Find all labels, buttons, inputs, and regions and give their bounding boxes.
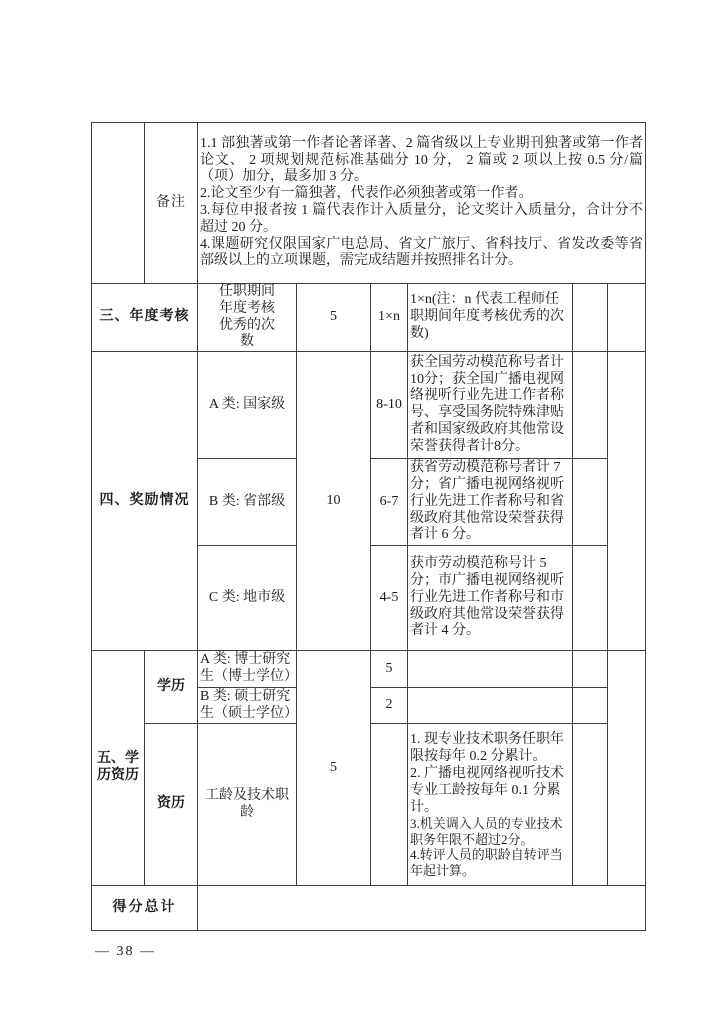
experience-criteria-cell: 1. 现专业技术职务任职年限按每年 0.2 分累计。 2. 广播电视网络视听技术… <box>408 724 573 886</box>
remark-notes-cell: 1.1 部独著或第一作者论著译著、2 篇省级以上专业期刊独著或第一作者论文、 2… <box>198 123 646 284</box>
self-score-cell <box>573 459 608 546</box>
award-range-cell: 6-7 <box>371 459 408 546</box>
experience-item-cell: 工龄及技术职龄 <box>198 724 297 886</box>
award-range-cell: 4-5 <box>371 546 408 651</box>
award-row-a: 四、奖励情况 A 类: 国家级 10 8-10 获全国劳动模范称号者计10分；获… <box>92 352 646 459</box>
remark-note-item: 1.1 部独著或第一作者论著译著、2 篇省级以上专业期刊独著或第一作者论文、 2… <box>200 136 643 186</box>
annual-review-range-cell: 1×n <box>371 284 408 352</box>
award-category-cell: C 类: 地市级 <box>198 546 297 651</box>
self-score-cell <box>573 724 608 886</box>
total-score-row: 得分总计 <box>92 886 646 931</box>
experience-range-empty-cell <box>371 724 408 886</box>
education-criteria-empty-cell <box>408 651 573 688</box>
award-range-cell: 8-10 <box>371 352 408 459</box>
experience-label-cell: 资历 <box>145 724 198 886</box>
self-score-cell <box>573 687 608 724</box>
scanned-document-page: 备注 1.1 部独著或第一作者论著译著、2 篇省级以上专业期刊独著或第一作者论文… <box>0 0 724 1024</box>
remark-note-item: 4.课题研究仅限国家广电总局、省文广旅厅、省科技厅、省发改委等省部级以上的立项课… <box>200 237 643 271</box>
remark-note-item: 3.每位申报者按 1 篇代表作计入质量分，论文奖计入质量分，合计分不超过 20 … <box>200 203 643 237</box>
self-score-cell <box>573 352 608 459</box>
education-score-cell: 2 <box>371 687 408 724</box>
experience-criteria-item: 4.转评人员的职龄自转评当年起计算。 <box>410 847 570 878</box>
remark-label-cell: 备注 <box>145 123 198 284</box>
review-score-cell <box>608 352 646 651</box>
award-category-cell: B 类: 省部级 <box>198 459 297 546</box>
review-score-cell <box>608 284 646 352</box>
awards-max-score-cell: 10 <box>297 352 371 651</box>
remark-note-item: 2.论文至少有一篇独著，代表作必须独著或第一作者。 <box>200 186 643 203</box>
section-label-awards: 四、奖励情况 <box>92 352 198 651</box>
qualification-max-score-cell: 5 <box>297 651 371 886</box>
award-criteria-cell: 获省劳动模范称号者计 7 分；省广播电视网络视听行业先进工作者称号和省级政府其他… <box>408 459 573 546</box>
award-criteria-cell: 获市劳动模范称号计 5 分；市广播电视网络视听行业先进工作者称号和市级政府其他常… <box>408 546 573 651</box>
self-score-cell <box>573 651 608 688</box>
total-score-value-cell <box>198 886 646 931</box>
education-category-cell: A 类: 博士研究生（博士学位） <box>198 651 297 688</box>
education-score-cell: 5 <box>371 651 408 688</box>
award-category-cell: A 类: 国家级 <box>198 352 297 459</box>
evaluation-score-table: 备注 1.1 部独著或第一作者论著译著、2 篇省级以上专业期刊独著或第一作者论文… <box>91 122 646 931</box>
remark-left-empty-cell <box>92 123 145 284</box>
section-label-qualification: 五、学历资历 <box>92 651 145 886</box>
remark-row: 备注 1.1 部独著或第一作者论著译著、2 篇省级以上专业期刊独著或第一作者论文… <box>92 123 646 284</box>
award-criteria-cell: 获全国劳动模范称号者计10分；获全国广播电视网络视听行业先进工作者称号、享受国务… <box>408 352 573 459</box>
education-criteria-empty-cell <box>408 687 573 724</box>
education-label-cell: 学历 <box>145 651 198 724</box>
experience-criteria-item: 1. 现专业技术职务任职年限按每年 0.2 分累计。 <box>410 731 570 765</box>
experience-criteria-item: 2. 广播电视网络视听技术专业工龄按每年 0.1 分累计。 <box>410 765 570 816</box>
annual-review-max-score-cell: 5 <box>297 284 371 352</box>
experience-criteria-item: 3.机关调入人员的专业技术职务年限不超过2分。 <box>410 816 570 847</box>
education-row-a: 五、学历资历 学历 A 类: 博士研究生（博士学位） 5 5 <box>92 651 646 688</box>
section-label-annual-review: 三、年度考核 <box>92 284 198 352</box>
total-score-label-cell: 得分总计 <box>92 886 198 931</box>
annual-review-criteria-cell: 1×n(注：n 代表工程师任职期间年度考核优秀的次数) <box>408 284 573 352</box>
review-score-cell <box>608 651 646 886</box>
self-score-cell <box>573 546 608 651</box>
self-score-cell <box>573 284 608 352</box>
annual-review-item-cell: 任职期间年度考核优秀的次数 <box>198 284 297 352</box>
education-category-cell: B 类: 硕士研究生（硕士学位） <box>198 687 297 724</box>
annual-review-row: 三、年度考核 任职期间年度考核优秀的次数 5 1×n 1×n(注：n 代表工程师… <box>92 284 646 352</box>
page-number: — 38 — <box>95 944 156 960</box>
